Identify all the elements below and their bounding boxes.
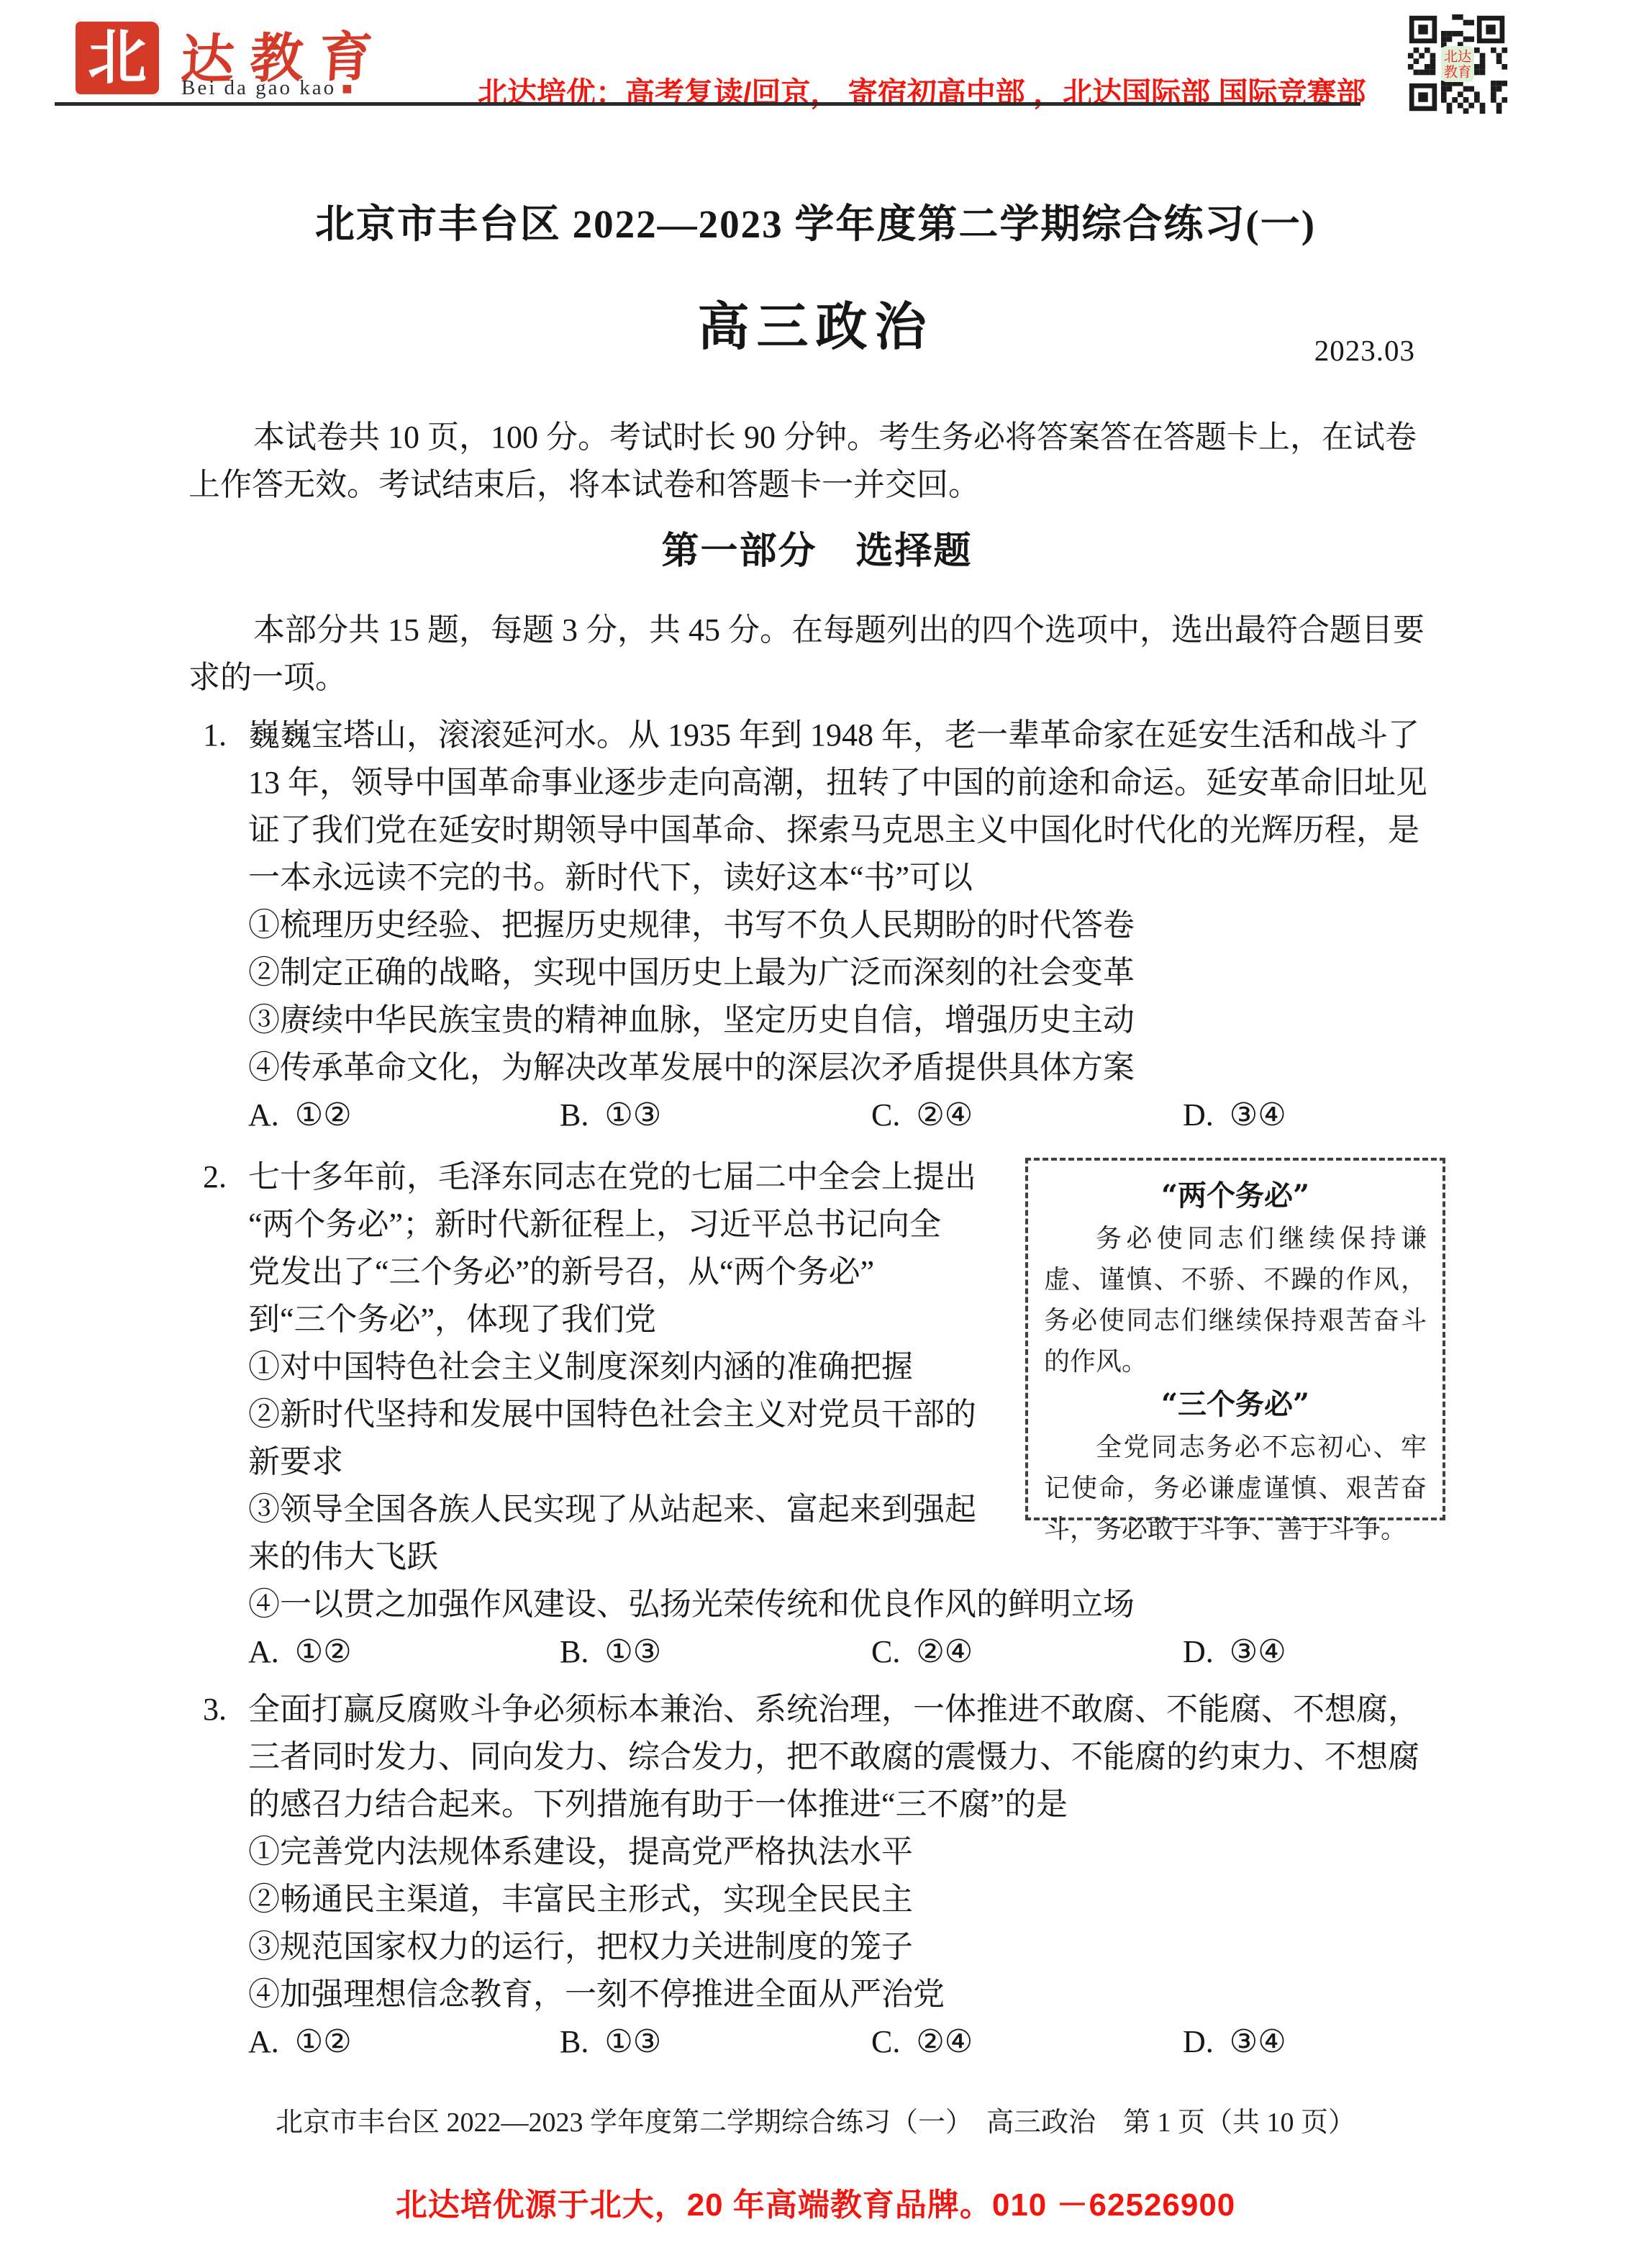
question-number: 2. — [203, 1153, 227, 1201]
page-footer: 北京市丰台区 2022—2023 学年度第二学期综合练习（一） 高三政治 第 1… — [0, 2100, 1631, 2139]
answer-option-A: A.①② — [248, 1092, 560, 1139]
qr-code-icon: 北达教育 — [1404, 13, 1511, 115]
section-intro-line: 本部分共 15 题，每题 3 分，共 45 分。在每题列出的四个选项中，选出最符… — [188, 607, 1445, 654]
question-stem-line: 三者同时发力、同向发力、综合发力，把不敢腐的震慑力、不能腐的约束力、不想腐 — [248, 1733, 1445, 1781]
answer-option-B: B.①③ — [560, 1092, 871, 1139]
option-value: ③④ — [1230, 1634, 1286, 1669]
question-stem-line: 巍巍宝塔山，滚滚延河水。从 1935 年到 1948 年，老一辈革命家在延安生活… — [248, 712, 1445, 759]
option-label: D. — [1183, 2024, 1214, 2059]
quote-box-paragraph: 务必使同志们继续保持谦虚、谨慎、不骄、不躁的作风，务必使同志们继续保持艰苦奋斗的… — [1044, 1218, 1427, 1382]
option-value: ③④ — [1230, 1097, 1286, 1133]
promo-footer: 北达培优源于北大，20 年高端教育品牌。010 －62526900 — [0, 2179, 1631, 2225]
header-divider — [55, 102, 1360, 106]
question-stem-line: ①梳理历史经验、把握历史规律，书写不负人民期盼的时代答卷 — [248, 902, 1445, 949]
instruction-line: 上作答无效。考试结束后，将本试卷和答题卡一并交回。 — [188, 461, 1445, 509]
question-number: 3. — [203, 1686, 227, 1733]
question-1: 1.巍巍宝塔山，滚滚延河水。从 1935 年到 1948 年，老一辈革命家在延安… — [188, 712, 1445, 1139]
answer-option-B: B.①③ — [560, 1628, 871, 1676]
option-label: A. — [248, 1097, 279, 1133]
answer-option-D: D.③④ — [1183, 2018, 1286, 2066]
answer-options-row: A.①②B.①③C.②④D.③④ — [248, 1092, 1445, 1139]
answer-option-D: D.③④ — [1183, 1628, 1286, 1676]
question-number: 1. — [203, 712, 227, 759]
svg-text:北达: 北达 — [1444, 49, 1472, 65]
section-intro-line: 求的一项。 — [188, 654, 1445, 702]
answer-options-row: A.①②B.①③C.②④D.③④ — [248, 1628, 1445, 1676]
option-value: ①② — [295, 1634, 352, 1669]
question-stem-line: 证了我们党在延安时期领导中国革命、探索马克思主义中国化时代化的光辉历程，是 — [248, 807, 1445, 854]
option-label: A. — [248, 1634, 279, 1669]
question-stem-line: ①完善党内法规体系建设，提高党严格执法水平 — [248, 1828, 1445, 1876]
answer-option-A: A.①② — [248, 2018, 560, 2066]
question-stem-line: ④一以贯之加强作风建设、弘扬光荣传统和优良作风的鲜明立场 — [248, 1581, 1445, 1628]
option-label: B. — [560, 1097, 589, 1133]
option-value: ①② — [295, 1097, 352, 1133]
question-stem-line: ③规范国家权力的运行，把权力关进制度的笼子 — [248, 1923, 1445, 1971]
quote-box-title: “三个务必” — [1044, 1382, 1427, 1427]
answer-option-C: C.②④ — [871, 2018, 1183, 2066]
quote-box-paragraph: 全党同志务必不忘初心、牢记使命，务必谦虚谨慎、艰苦奋斗，务必敢于斗争、善于斗争。 — [1044, 1427, 1427, 1550]
option-value: ②④ — [916, 1097, 973, 1133]
option-label: D. — [1183, 1634, 1214, 1669]
quote-box-title: “两个务必” — [1044, 1174, 1427, 1218]
brand-header: 北 达教育 Bei da gao kao■ 北达培优：高考复读/回京， 寄宿初高… — [0, 0, 1631, 108]
questions: 1.巍巍宝塔山，滚滚延河水。从 1935 年到 1948 年，老一辈革命家在延安… — [188, 712, 1445, 2066]
brand-pinyin: Bei da gao kao■ — [181, 76, 355, 100]
question-stem-line: 全面打赢反腐败斗争必须标本兼治、系统治理，一体推进不敢腐、不能腐、不想腐， — [248, 1686, 1445, 1733]
option-value: ①③ — [604, 1097, 661, 1133]
option-label: A. — [248, 2024, 279, 2059]
exam-instructions: 本试卷共 10 页，100 分。考试时长 90 分钟。考生务必将答案答在答题卡上… — [188, 414, 1445, 509]
subject-title: 高三政治 — [697, 299, 933, 356]
option-value: ①② — [295, 2024, 352, 2059]
question-2: “两个务必”务必使同志们继续保持谦虚、谨慎、不骄、不躁的作风，务必使同志们继续保… — [188, 1153, 1445, 1676]
content-column: 本试卷共 10 页，100 分。考试时长 90 分钟。考生务必将答案答在答题卡上… — [188, 414, 1445, 2066]
answer-option-C: C.②④ — [871, 1628, 1183, 1676]
answer-option-C: C.②④ — [871, 1092, 1183, 1139]
question-stem-line: ③赓续中华民族宝贵的精神血脉，坚定历史自信，增强历史主动 — [248, 997, 1445, 1044]
exam-paper-page: 北 达教育 Bei da gao kao■ 北达培优：高考复读/回京， 寄宿初高… — [0, 0, 1631, 2268]
question-stem-line: ④传承革命文化，为解决改革发展中的深层次矛盾提供具体方案 — [248, 1044, 1445, 1092]
question-stem-line: ④加强理想信念教育，一刻不停推进全面从严治党 — [248, 1971, 1445, 2018]
quote-box-two-three-musts: “两个务必”务必使同志们继续保持谦虚、谨慎、不骄、不躁的作风，务必使同志们继续保… — [1025, 1158, 1445, 1520]
option-label: B. — [560, 2024, 589, 2059]
instruction-line: 本试卷共 10 页，100 分。考试时长 90 分钟。考生务必将答案答在答题卡上… — [188, 414, 1445, 461]
question-stem-line: ②制定正确的战略，实现中国历史上最为广泛而深刻的社会变革 — [248, 949, 1445, 997]
svg-text:教育: 教育 — [1444, 64, 1471, 80]
option-value: ③④ — [1230, 2024, 1286, 2059]
answer-option-D: D.③④ — [1183, 1092, 1286, 1139]
question-stem-line: 一本永远读不完的书。新时代下，读好这本“书”可以 — [248, 854, 1445, 902]
red-square-icon: ■ — [342, 80, 355, 99]
exam-date: 2023.03 — [1314, 333, 1415, 368]
section-one-heading: 第一部分 选择题 — [188, 530, 1445, 573]
section-one-intro: 本部分共 15 题，每题 3 分，共 45 分。在每题列出的四个选项中，选出最符… — [188, 607, 1445, 702]
option-label: C. — [871, 2024, 900, 2059]
option-value: ②④ — [916, 2024, 973, 2059]
option-label: D. — [1183, 1097, 1214, 1133]
question-stem-line: 13 年，领导中国革命事业逐步走向高潮，扭转了中国的前途和命运。延安革命旧址见 — [248, 759, 1445, 807]
question-3: 3.全面打赢反腐败斗争必须标本兼治、系统治理，一体推进不敢腐、不能腐、不想腐，三… — [188, 1686, 1445, 2066]
option-value: ①③ — [604, 1634, 661, 1669]
answer-option-B: B.①③ — [560, 2018, 871, 2066]
beida-seal-logo-icon: 北 — [73, 19, 161, 96]
option-label: C. — [871, 1097, 900, 1133]
pinyin-text: Bei da gao kao — [181, 76, 336, 99]
question-stem-line: ②畅通民主渠道，丰富民主形式，实现全民民主 — [248, 1876, 1445, 1923]
option-value: ①③ — [604, 2024, 661, 2059]
answer-option-A: A.①② — [248, 1628, 560, 1676]
subject-row: 高三政治 2023.03 — [0, 294, 1631, 362]
answer-options-row: A.①②B.①③C.②④D.③④ — [248, 2018, 1445, 2066]
question-stem-line: 的感召力结合起来。下列措施有助于一体推进“三不腐”的是 — [248, 1781, 1445, 1828]
option-label: B. — [560, 1634, 589, 1669]
option-label: C. — [871, 1634, 900, 1669]
seal-character: 北 — [88, 29, 147, 88]
option-value: ②④ — [916, 1634, 973, 1669]
